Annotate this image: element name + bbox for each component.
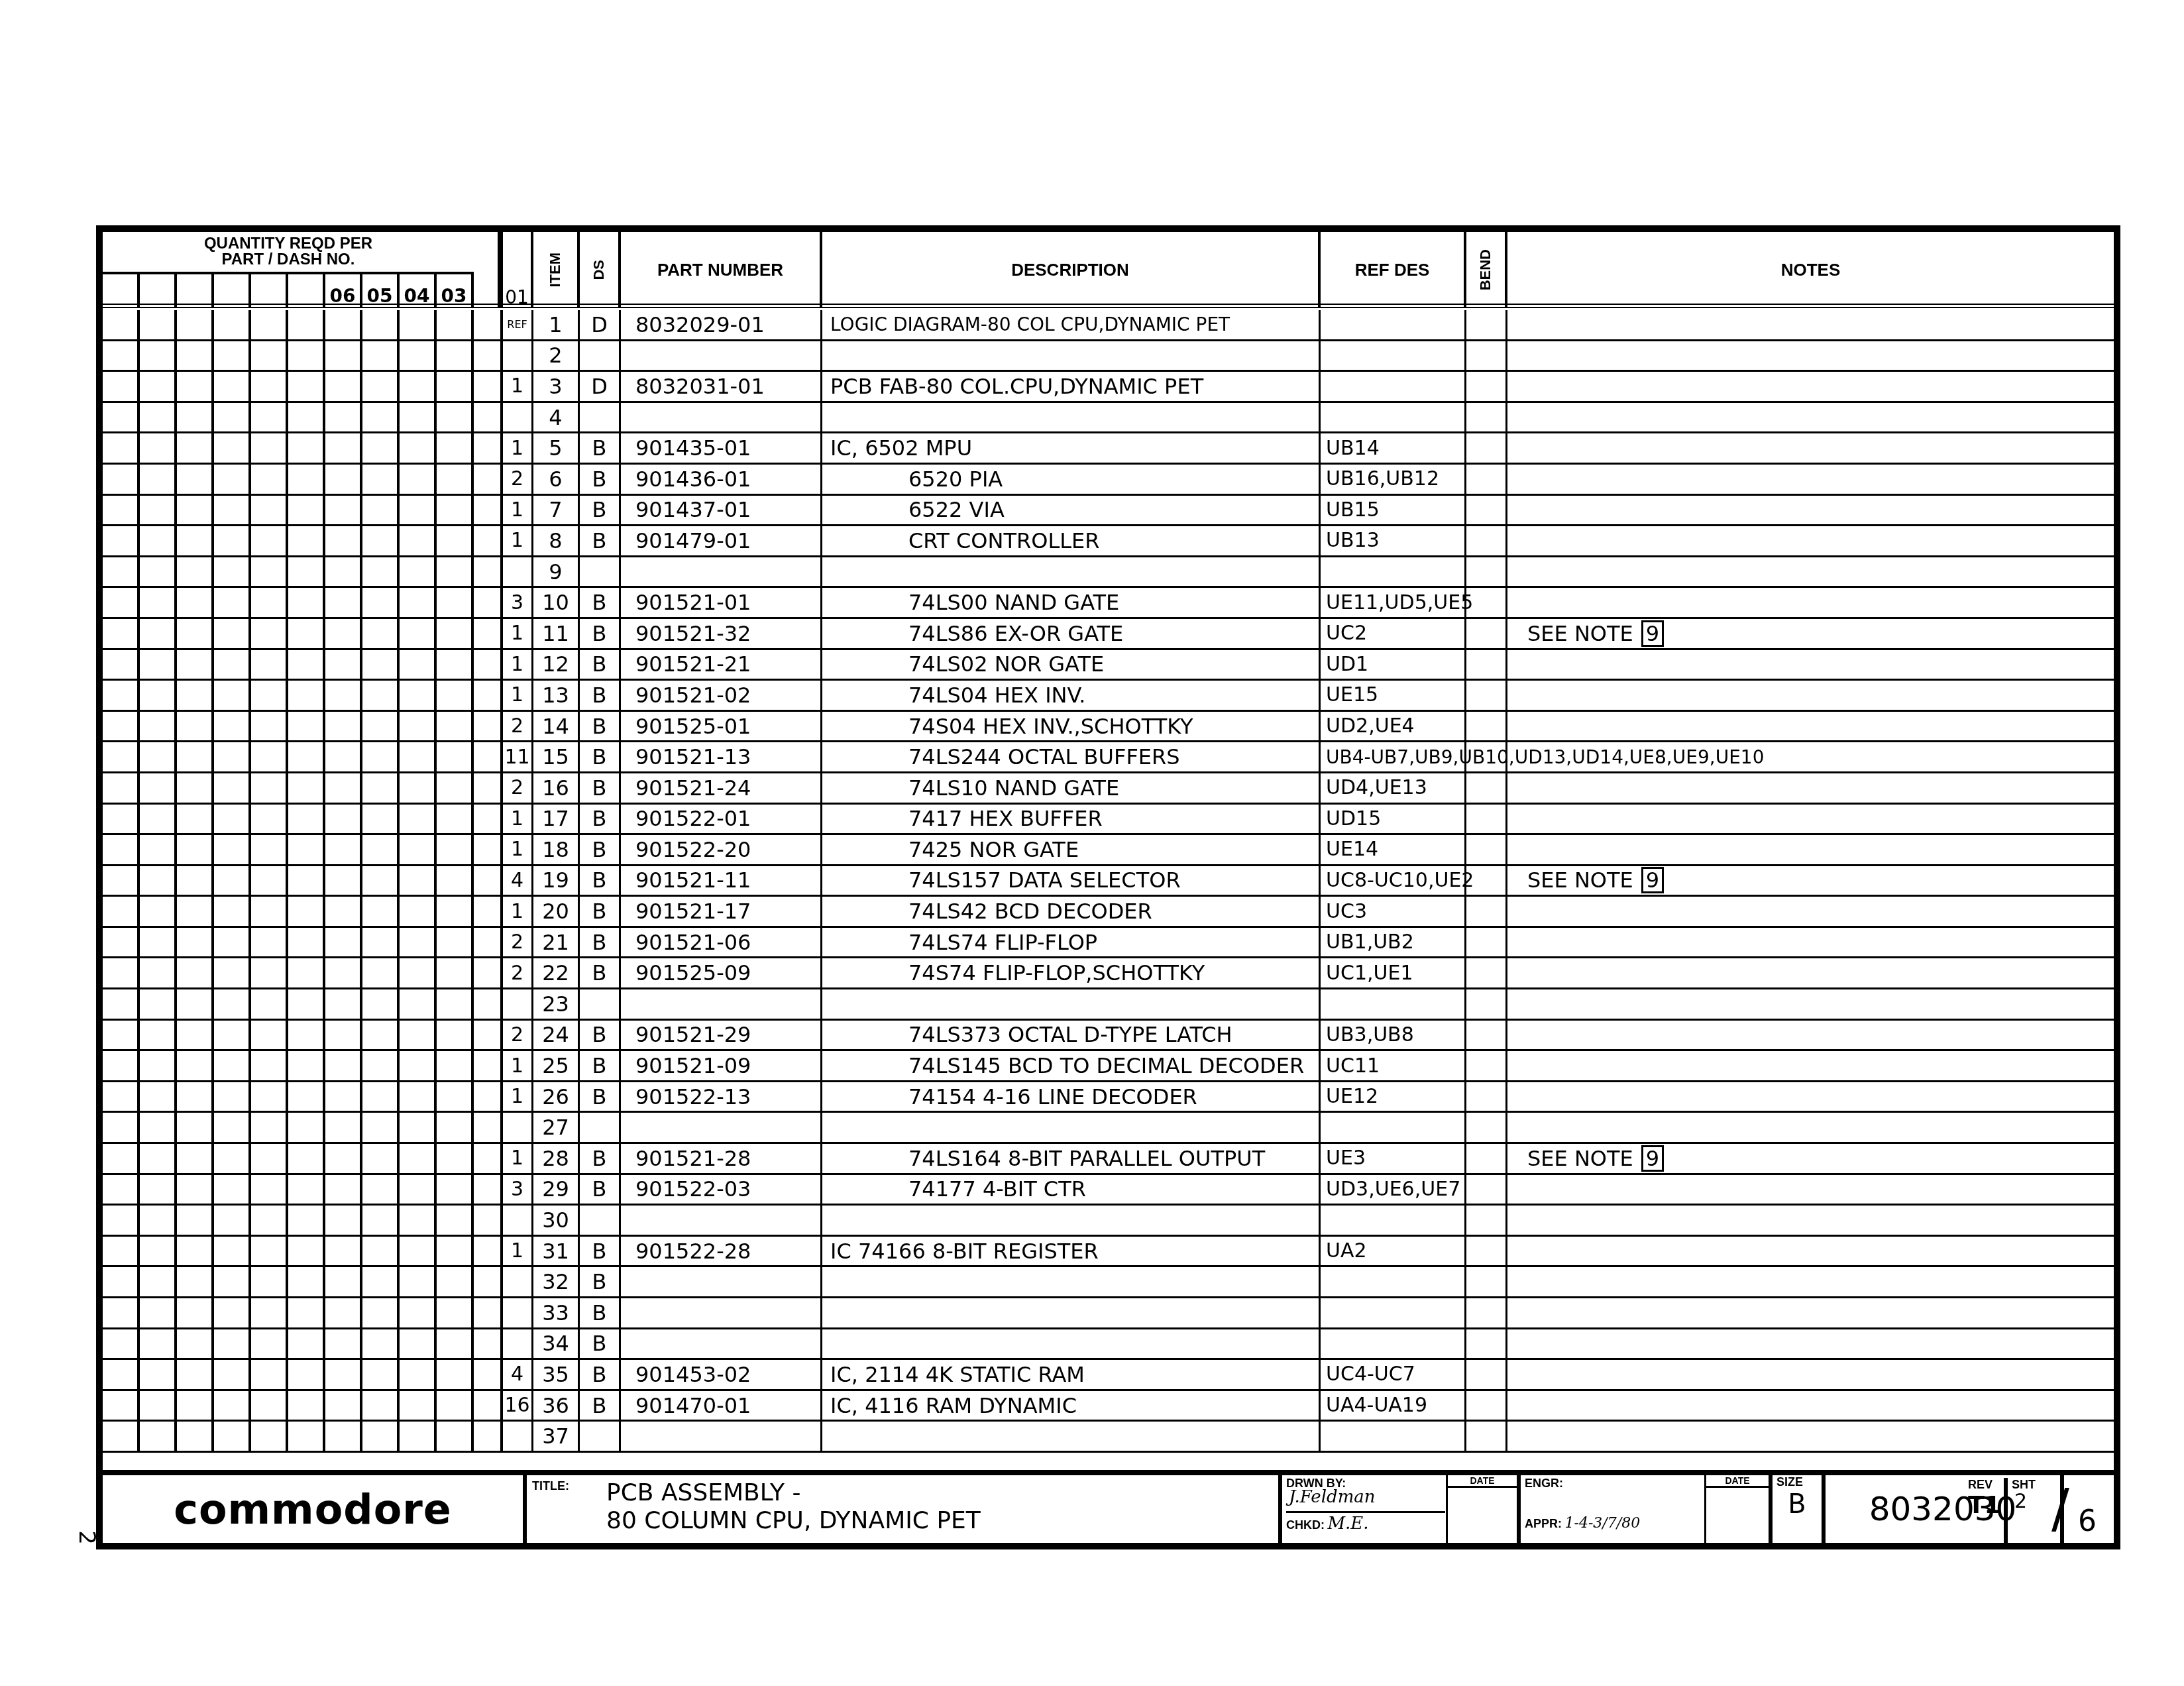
dash-col (103, 274, 140, 308)
qty-grid-cell (288, 1144, 325, 1173)
bend (1466, 866, 1507, 895)
qty-grid-cell (177, 588, 214, 617)
qty-grid-cell (437, 372, 474, 401)
approved-date-label: DATE (1706, 1475, 1769, 1488)
qty-grid-cell (251, 1021, 288, 1050)
qty-grid-cell (214, 1237, 251, 1266)
qty-grid-cell (362, 465, 400, 494)
note-number-box: 9 (1641, 620, 1664, 647)
qty-grid-cell (362, 526, 400, 555)
qty-grid-cell (140, 1113, 177, 1142)
table-row: 9 (103, 557, 2114, 589)
notes (1507, 958, 2114, 987)
qty-grid-cell (437, 1175, 474, 1204)
notes-header: NOTES (1507, 232, 2114, 308)
sheet-divider: / (2051, 1478, 2069, 1540)
drawing-size: B (580, 773, 621, 803)
qty-grid-cell (362, 1298, 400, 1327)
qty-grid-cell (177, 1329, 214, 1359)
qty-01: 1 (500, 681, 533, 710)
size-value: B (1773, 1489, 1822, 1520)
dash-col-01: 01 (500, 232, 533, 308)
qty-grid-cell (251, 1422, 288, 1451)
qty-grid-cell (362, 1391, 400, 1420)
table-header: QUANTITY REQD PER PART / DASH NO. 06 05 … (103, 232, 2114, 308)
qty-grid-cell (437, 433, 474, 463)
qty-grid-cell (325, 1360, 362, 1389)
table-row: 4 (103, 403, 2114, 434)
table-row: 329B901522-0374177 4-BIT CTRUD3,UE6,UE7 (103, 1175, 2114, 1206)
qty-grid (103, 1206, 474, 1235)
qty-01: 2 (500, 928, 533, 957)
part-number: 8032031-01 (621, 372, 822, 401)
qty-grid-cell (437, 1329, 474, 1359)
drawing-size (580, 403, 621, 432)
qty-grid-cell (103, 742, 140, 771)
size-field: SIZE B (1773, 1475, 1826, 1543)
notes (1507, 989, 2114, 1019)
qty-grid (103, 1021, 474, 1050)
qty-grid-cell (288, 372, 325, 401)
qty-grid-cell (288, 1051, 325, 1080)
qty-grid-cell (288, 1267, 325, 1296)
drawing-size: B (580, 1329, 621, 1359)
qty-grid-cell (177, 958, 214, 987)
qty-grid-cell (400, 958, 437, 987)
description: 74177 4-BIT CTR (822, 1175, 1321, 1204)
qty-01: 1 (500, 1082, 533, 1111)
qty-grid-cell (177, 1082, 214, 1111)
part-number: 901435-01 (621, 433, 822, 463)
qty-grid-cell (251, 341, 288, 370)
qty-grid-cell (103, 1329, 140, 1359)
notes (1507, 372, 2114, 401)
qty-grid-cell (140, 1298, 177, 1327)
qty-grid-cell (400, 341, 437, 370)
qty-grid-cell (177, 650, 214, 679)
qty-grid-cell (362, 1237, 400, 1266)
description: 74LS164 8-BIT PARALLEL OUTPUT (822, 1144, 1321, 1173)
drawing-size: D (580, 310, 621, 339)
qty-grid-cell (103, 928, 140, 957)
qty-grid-cell (362, 1113, 400, 1142)
drawing-title-line1: PCB ASSEMBLY - (606, 1479, 981, 1507)
qty-grid-cell (214, 341, 251, 370)
ref-des (1321, 557, 1466, 587)
ref-des: UC8-UC10,UE2 (1321, 866, 1466, 895)
ref-des: UB13 (1321, 526, 1466, 555)
qty-grid-cell (288, 588, 325, 617)
description: 7417 HEX BUFFER (822, 805, 1321, 834)
qty-grid-cell (251, 773, 288, 803)
qty-grid-cell (214, 1021, 251, 1050)
qty-grid-cell (140, 958, 177, 987)
qty-grid-cell (288, 650, 325, 679)
part-number: 901521-32 (621, 619, 822, 648)
qty-grid-cell (103, 1267, 140, 1296)
qty-grid-cell (362, 650, 400, 679)
part-number: 901521-11 (621, 866, 822, 895)
qty-grid-cell (400, 1206, 437, 1235)
qty-grid-cell (325, 465, 362, 494)
qty-grid (103, 866, 474, 895)
qty-01 (500, 341, 533, 370)
table-row: 15B901435-01IC, 6502 MPUUB14 (103, 433, 2114, 465)
qty-01 (500, 1267, 533, 1296)
table-row: 1115B901521-1374LS244 OCTAL BUFFERSUB4-U… (103, 742, 2114, 773)
checked-by-signature: M.E. (1327, 1514, 1368, 1534)
bend (1466, 310, 1507, 339)
qty-grid-cell (288, 1391, 325, 1420)
qty-01 (500, 403, 533, 432)
drawing-size: B (580, 1267, 621, 1296)
table-row: 13D8032031-01PCB FAB-80 COL.CPU,DYNAMIC … (103, 372, 2114, 403)
qty-grid-cell (214, 1422, 251, 1451)
qty-grid-cell (400, 742, 437, 771)
drawing-size (580, 1422, 621, 1451)
description-header: DESCRIPTION (822, 232, 1321, 308)
drawn-date-field: DATE (1448, 1475, 1521, 1543)
table-row: 120B901521-1774LS42 BCD DECODERUC3 (103, 897, 2114, 928)
bend (1466, 1360, 1507, 1389)
qty-grid-cell (437, 1422, 474, 1451)
qty-grid-cell (103, 1237, 140, 1266)
qty-grid-cell (251, 866, 288, 895)
drawing-size: B (580, 866, 621, 895)
qty-grid-cell (140, 310, 177, 339)
note-text: SEE NOTE (1527, 868, 1633, 893)
qty-grid-cell (288, 958, 325, 987)
part-number: 901521-06 (621, 928, 822, 957)
qty-01: REF (500, 310, 533, 339)
qty-grid-cell (288, 866, 325, 895)
size-label: SIZE (1773, 1475, 1822, 1489)
qty-grid (103, 310, 474, 339)
qty-grid-cell (362, 588, 400, 617)
ref-des: UB3,UB8 (1321, 1021, 1466, 1050)
part-number (621, 1206, 822, 1235)
qty-grid-cell (140, 1329, 177, 1359)
qty-01: 3 (500, 1175, 533, 1204)
qty-grid-cell (140, 773, 177, 803)
qty-grid-cell (437, 928, 474, 957)
qty-grid-cell (140, 403, 177, 432)
description (822, 1113, 1321, 1142)
ref-des: UA2 (1321, 1237, 1466, 1266)
bend (1466, 650, 1507, 679)
qty-01: 1 (500, 1051, 533, 1080)
qty-01: 1 (500, 372, 533, 401)
dash-col (177, 274, 214, 308)
qty-grid (103, 681, 474, 710)
bend (1466, 557, 1507, 587)
qty-grid-cell (140, 681, 177, 710)
title-label: TITLE: (532, 1479, 569, 1493)
qty-grid-cell (140, 928, 177, 957)
bend (1466, 897, 1507, 926)
table-row: 126B901522-1374154 4-16 LINE DECODERUE12 (103, 1082, 2114, 1113)
qty-grid-cell (325, 1021, 362, 1050)
part-number: 901522-01 (621, 805, 822, 834)
qty-grid-cell (214, 557, 251, 587)
item-header-label: ITEM (547, 253, 564, 288)
qty-grid-cell (251, 1267, 288, 1296)
qty-grid (103, 928, 474, 957)
qty-grid-cell (251, 805, 288, 834)
qty-grid-cell (103, 496, 140, 525)
qty-01: 2 (500, 1021, 533, 1050)
approved-date-field: DATE (1706, 1475, 1773, 1543)
table-row: 112B901521-2174LS02 NOR GATEUD1 (103, 650, 2114, 681)
qty-grid-cell (251, 372, 288, 401)
qty-01 (500, 557, 533, 587)
qty-grid-cell (325, 1206, 362, 1235)
item-number: 22 (533, 958, 580, 987)
table-row: 216B901521-2474LS10 NAND GATEUD4,UE13 (103, 773, 2114, 805)
qty-01 (500, 989, 533, 1019)
part-number (621, 1329, 822, 1359)
qty-grid-cell (437, 1051, 474, 1080)
qty-01: 1 (500, 897, 533, 926)
bend (1466, 773, 1507, 803)
qty-grid (103, 712, 474, 741)
qty-grid-cell (214, 465, 251, 494)
qty-grid-cell (288, 496, 325, 525)
item-number: 23 (533, 989, 580, 1019)
qty-grid-cell (288, 1422, 325, 1451)
item-number: 30 (533, 1206, 580, 1235)
qty-grid-cell (214, 835, 251, 864)
qty-grid-cell (177, 341, 214, 370)
dash-col-04: 04 (400, 274, 437, 308)
drawn-date-label: DATE (1448, 1475, 1517, 1488)
qty-grid-cell (362, 1422, 400, 1451)
drawing-size: B (580, 1360, 621, 1389)
qty-grid-cell (325, 557, 362, 587)
qty-grid-cell (288, 805, 325, 834)
qty-grid-cell (140, 588, 177, 617)
item-number: 9 (533, 557, 580, 587)
qty-grid-cell (288, 433, 325, 463)
qty-grid-cell (288, 835, 325, 864)
part-number (621, 557, 822, 587)
drawing-size: B (580, 835, 621, 864)
qty-grid-cell (103, 372, 140, 401)
description: IC 74166 8-BIT REGISTER (822, 1237, 1321, 1266)
description (822, 557, 1321, 587)
drawing-size: B (580, 496, 621, 525)
item-number: 32 (533, 1267, 580, 1296)
dash-col-06: 06 (325, 274, 362, 308)
revision-field: REV T1 (1968, 1478, 2008, 1543)
qty-grid (103, 433, 474, 463)
table-row: 222B901525-0974S74 FLIP-FLOP,SCHOTTKYUC1… (103, 958, 2114, 989)
qty-grid-cell (400, 650, 437, 679)
qty-grid-cell (437, 496, 474, 525)
qty-grid-cell (103, 1206, 140, 1235)
drawn-by-field: DRWN BY: J.Feldman CHKD: M.E. (1282, 1475, 1448, 1543)
qty-grid-cell (400, 805, 437, 834)
ref-des: UE12 (1321, 1082, 1466, 1111)
qty-01 (500, 1206, 533, 1235)
item-number: 25 (533, 1051, 580, 1080)
qty-grid-cell (288, 1360, 325, 1389)
qty-grid-cell (400, 681, 437, 710)
qty-grid-cell (325, 372, 362, 401)
qty-grid-cell (103, 650, 140, 679)
item-number: 29 (533, 1175, 580, 1204)
item-header: ITEM (533, 232, 580, 308)
ref-des (1321, 310, 1466, 339)
qty-grid-cell (251, 1391, 288, 1420)
bend (1466, 526, 1507, 555)
qty-01: 1 (500, 835, 533, 864)
qty-grid-cell (437, 1113, 474, 1142)
qty-grid-cell (140, 557, 177, 587)
item-number: 8 (533, 526, 580, 555)
qty-01: 1 (500, 1237, 533, 1266)
bend (1466, 1175, 1507, 1204)
qty-grid-cell (362, 1329, 400, 1359)
drawing-size: B (580, 1051, 621, 1080)
qty-grid-cell (103, 619, 140, 648)
qty-grid-cell (214, 526, 251, 555)
qty-grid-cell (177, 897, 214, 926)
qty-grid-cell (325, 1051, 362, 1080)
part-number (621, 403, 822, 432)
dash-col (288, 274, 325, 308)
qty-grid-cell (325, 897, 362, 926)
ref-des: UE11,UD5,UE5 (1321, 588, 1466, 617)
qty-grid-cell (362, 341, 400, 370)
qty-01 (500, 1422, 533, 1451)
approved-signature: 1-4-3/7/80 (1564, 1515, 1640, 1532)
table-row: 131B901522-28IC 74166 8-BIT REGISTERUA2 (103, 1237, 2114, 1268)
description: IC, 4116 RAM DYNAMIC (822, 1391, 1321, 1420)
qty-grid-cell (325, 588, 362, 617)
item-number: 19 (533, 866, 580, 895)
qty-grid-cell (362, 958, 400, 987)
qty-grid-cell (177, 1298, 214, 1327)
qty-grid-cell (400, 712, 437, 741)
qty-grid-cell (103, 588, 140, 617)
qty-01: 11 (500, 742, 533, 771)
qty-grid-cell (251, 650, 288, 679)
drawing-size: B (580, 526, 621, 555)
qty-grid-cell (325, 1298, 362, 1327)
qty-grid-cell (400, 1391, 437, 1420)
bend (1466, 805, 1507, 834)
note-number-box: 9 (1641, 1145, 1664, 1172)
qty-01 (500, 1113, 533, 1142)
qty-grid-cell (362, 681, 400, 710)
qty-grid-cell (251, 1113, 288, 1142)
qty-01: 1 (500, 433, 533, 463)
notes (1507, 310, 2114, 339)
qty-grid-cell (103, 557, 140, 587)
qty-grid-cell (214, 866, 251, 895)
qty-grid-cell (140, 1391, 177, 1420)
item-number: 2 (533, 341, 580, 370)
drawing-size: B (580, 1082, 621, 1111)
qty-grid-cell (437, 1298, 474, 1327)
qty-grid (103, 773, 474, 803)
qty-grid-cell (325, 1082, 362, 1111)
item-number: 3 (533, 372, 580, 401)
qty-grid-cell (325, 1237, 362, 1266)
qty-grid-cell (325, 835, 362, 864)
drawing-size: B (580, 1237, 621, 1266)
item-number: 24 (533, 1021, 580, 1050)
bend (1466, 403, 1507, 432)
qty-grid-cell (437, 773, 474, 803)
qty-grid-cell (362, 310, 400, 339)
description: 74154 4-16 LINE DECODER (822, 1082, 1321, 1111)
qty-grid-cell (177, 403, 214, 432)
table-row: 117B901522-017417 HEX BUFFERUD15 (103, 805, 2114, 836)
item-number: 33 (533, 1298, 580, 1327)
table-row: 23 (103, 989, 2114, 1021)
qty-grid-cell (288, 1113, 325, 1142)
qty-grid-cell (437, 989, 474, 1019)
qty-grid-cell (214, 1206, 251, 1235)
qty-grid-cell (437, 897, 474, 926)
qty-grid-cell (325, 1144, 362, 1173)
part-number (621, 341, 822, 370)
qty-grid-cell (288, 1021, 325, 1050)
qty-grid (103, 1144, 474, 1173)
qty-grid-cell (251, 1329, 288, 1359)
bend (1466, 1267, 1507, 1296)
item-number: 4 (533, 403, 580, 432)
qty-grid-cell (140, 1422, 177, 1451)
qty-grid (103, 341, 474, 370)
description: 74LS157 DATA SELECTOR (822, 866, 1321, 895)
qty-grid-cell (288, 897, 325, 926)
part-number: 901479-01 (621, 526, 822, 555)
ref-des: UB16,UB12 (1321, 465, 1466, 494)
parts-table-body: REF1D8032029-01LOGIC DIAGRAM-80 COL CPU,… (103, 310, 2114, 1453)
qty-grid-cell (325, 310, 362, 339)
table-row: 224B901521-2974LS373 OCTAL D-TYPE LATCHU… (103, 1021, 2114, 1052)
notes (1507, 650, 2114, 679)
qty-grid-cell (251, 897, 288, 926)
notes (1507, 1021, 2114, 1050)
qty-01: 4 (500, 1360, 533, 1389)
ref-des: UE15 (1321, 681, 1466, 710)
qty-grid-cell (103, 773, 140, 803)
ref-des (1321, 1422, 1466, 1451)
bend (1466, 1082, 1507, 1111)
qty-grid-cell (288, 1329, 325, 1359)
item-number: 34 (533, 1329, 580, 1359)
qty-grid-cell (437, 958, 474, 987)
table-row: 125B901521-0974LS145 BCD TO DECIMAL DECO… (103, 1051, 2114, 1082)
commodore-logo: commodore (103, 1475, 527, 1543)
qty-01: 1 (500, 1144, 533, 1173)
revision-value: T1 (1968, 1492, 2004, 1519)
qty-grid-cell (400, 1329, 437, 1359)
qty-grid-cell (214, 310, 251, 339)
part-number: 8032029-01 (621, 310, 822, 339)
table-row: 37 (103, 1422, 2114, 1453)
qty-grid-cell (325, 681, 362, 710)
qty-grid-cell (437, 805, 474, 834)
qty-grid-cell (437, 866, 474, 895)
notes (1507, 712, 2114, 741)
qty-grid-cell (288, 1082, 325, 1111)
ref-des: UD2,UE4 (1321, 712, 1466, 741)
